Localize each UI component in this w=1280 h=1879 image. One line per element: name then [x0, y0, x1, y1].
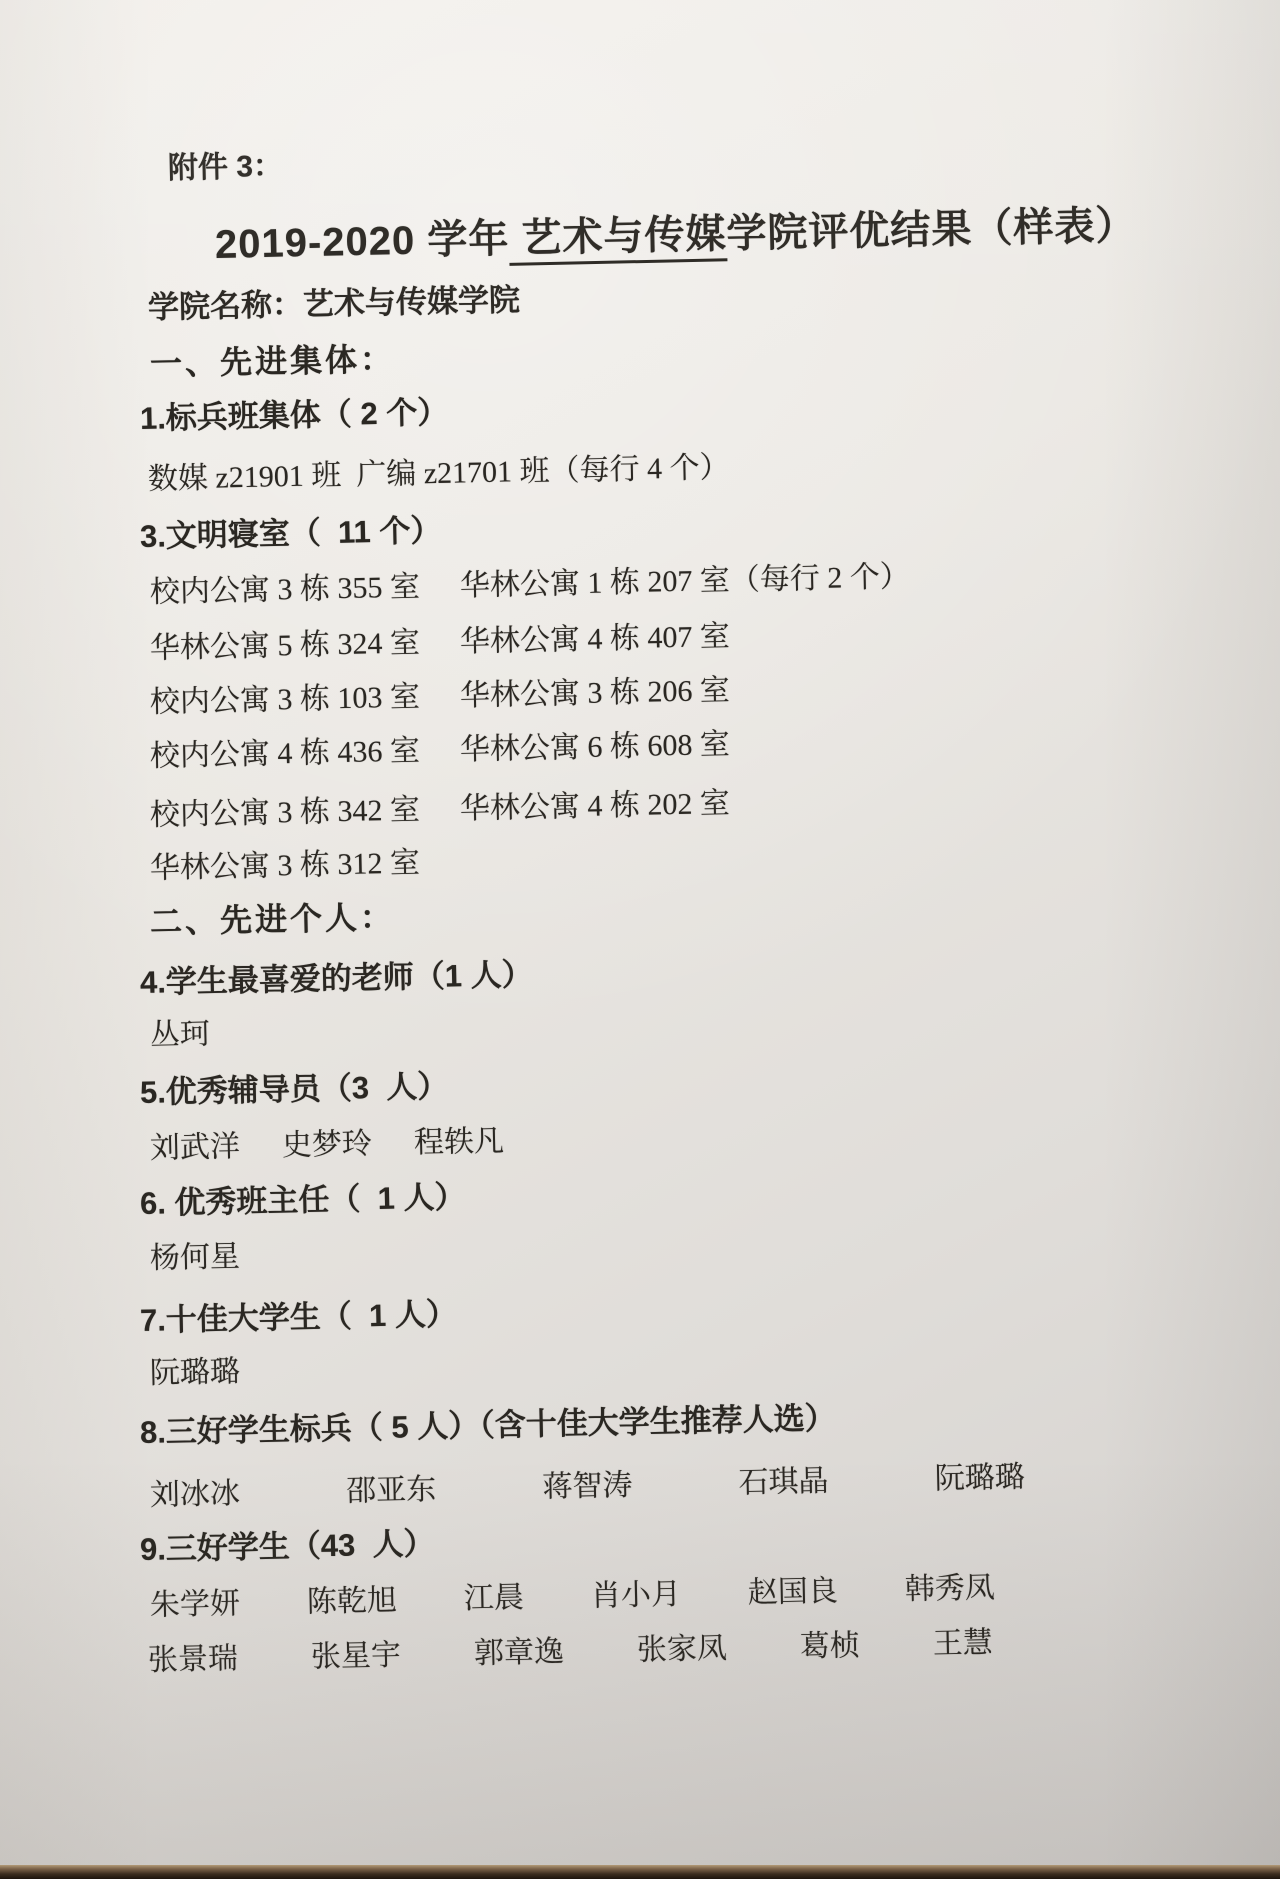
dorm-cell: 校内公寓 4 栋 436 室: [150, 734, 461, 775]
dorm-cell: 校内公寓 3 栋 355 室: [150, 570, 461, 611]
item8-heading: 8.三好学生标兵（ 5 人）（含十佳大学生推荐人选）: [140, 1400, 836, 1450]
dorm-cell: 华林公寓 1 栋 207 室（每行 2 个）: [460, 560, 911, 602]
person-name: 朱学妍: [150, 1587, 241, 1623]
dorm-cell: 校内公寓 3 栋 342 室: [150, 793, 461, 834]
section1-header: 一、先进集体：: [150, 341, 396, 383]
item5-names: 刘武洋史梦玲程轶凡: [150, 1124, 547, 1167]
person-name: 史梦玲: [282, 1127, 373, 1162]
dorm-cell: 华林公寓 3 栋 312 室: [150, 846, 461, 887]
title-prefix: 2019-2020 学年: [215, 217, 510, 267]
item9-names-row1: 朱学妍陈乾旭江晨肖小月赵国良韩秀凤: [150, 1571, 996, 1623]
dorm-row: 华林公寓 5 栋 324 室华林公寓 4 栋 407 室: [150, 620, 731, 667]
item7-names: 阮璐璐: [150, 1355, 241, 1391]
table-surface-edge: [0, 1865, 1280, 1879]
item5-heading: 5.优秀辅导员（3 人）: [140, 1069, 449, 1111]
dorm-row: 校内公寓 3 栋 342 室华林公寓 4 栋 202 室: [150, 787, 731, 834]
dorm-cell: 华林公寓 3 栋 206 室: [460, 674, 731, 713]
dorm-row: 华林公寓 3 栋 312 室: [150, 846, 461, 887]
person-name: 阮璐璐: [934, 1461, 1025, 1497]
dorm-cell: 华林公寓 5 栋 324 室: [150, 626, 461, 667]
college-name-line: 学院名称：艺术与传媒学院: [148, 282, 521, 325]
item1-content: 数媒 z21901 班 广编 z21701 班（每行 4 个）: [148, 451, 730, 498]
document-photo: 附件 3： 2019-2020 学年 艺术与传媒学院评优结果（样表） 学院名称：…: [0, 0, 1280, 1879]
person-name: 肖小月: [591, 1578, 682, 1614]
dorm-row: 校内公寓 3 栋 103 室华林公寓 3 栋 206 室: [150, 674, 731, 721]
dorm-cell: 华林公寓 4 栋 202 室: [460, 787, 731, 826]
person-name: 蒋智涛: [542, 1469, 633, 1505]
person-name: 程轶凡: [414, 1125, 505, 1160]
dorm-cell: 华林公寓 6 栋 608 室: [460, 728, 731, 767]
person-name: 张星宇: [311, 1639, 402, 1675]
item9-names-row2: 张景瑞张星宇郭章逸张家凤葛桢王慧: [148, 1626, 994, 1678]
document-content: 附件 3： 2019-2020 学年 艺术与传媒学院评优结果（样表） 学院名称：…: [0, 0, 1280, 1866]
item4-names: 丛珂: [150, 1018, 211, 1054]
person-name: 邵亚东: [346, 1473, 437, 1509]
item6-names: 杨何星: [150, 1240, 241, 1276]
person-name: 刘冰冰: [150, 1477, 241, 1513]
title-suffix: 学院评优结果（样表）: [726, 204, 1137, 257]
item3-heading: 3.文明寝室（ 11 个）: [140, 513, 442, 555]
item9-heading: 9.三好学生（43 人）: [140, 1526, 435, 1568]
dorm-cell: 华林公寓 4 栋 407 室: [460, 620, 731, 659]
person-name: 葛桢: [799, 1629, 860, 1665]
item7-heading: 7.十佳大学生（ 1 人）: [140, 1296, 458, 1338]
person-name: 张景瑞: [148, 1642, 239, 1678]
item8-names: 刘冰冰邵亚东蒋智涛石琪晶阮璐璐: [150, 1461, 1026, 1514]
person-name: 赵国良: [748, 1575, 839, 1611]
item1-heading: 1.标兵班集体（ 2 个）: [140, 395, 449, 437]
person-name: 郭章逸: [474, 1635, 565, 1671]
item4-heading: 4.学生最喜爱的老师（1 人）: [140, 957, 533, 1001]
attachment-label: 附件 3：: [168, 150, 284, 187]
document-title: 2019-2020 学年 艺术与传媒学院评优结果（样表）: [215, 203, 1137, 268]
person-name: 王慧: [932, 1626, 993, 1662]
paper-sheet: 附件 3： 2019-2020 学年 艺术与传媒学院评优结果（样表） 学院名称：…: [0, 0, 1280, 1866]
dorm-row: 校内公寓 4 栋 436 室华林公寓 6 栋 608 室: [150, 728, 731, 775]
section2-header: 二、先进个人：: [150, 899, 396, 941]
person-name: 江晨: [464, 1581, 525, 1617]
person-name: 石琪晶: [738, 1465, 829, 1501]
person-name: 刘武洋: [150, 1130, 241, 1165]
person-name: 陈乾旭: [307, 1584, 398, 1620]
dorm-row: 校内公寓 3 栋 355 室华林公寓 1 栋 207 室（每行 2 个）: [150, 560, 911, 610]
title-underlined-college: 艺术与传媒: [509, 212, 727, 266]
item6-heading: 6. 优秀班主任（ 1 人）: [140, 1179, 466, 1221]
person-name: 张家凤: [637, 1632, 728, 1668]
dorm-cell: 校内公寓 3 栋 103 室: [150, 680, 461, 721]
person-name: 韩秀凤: [904, 1571, 995, 1607]
